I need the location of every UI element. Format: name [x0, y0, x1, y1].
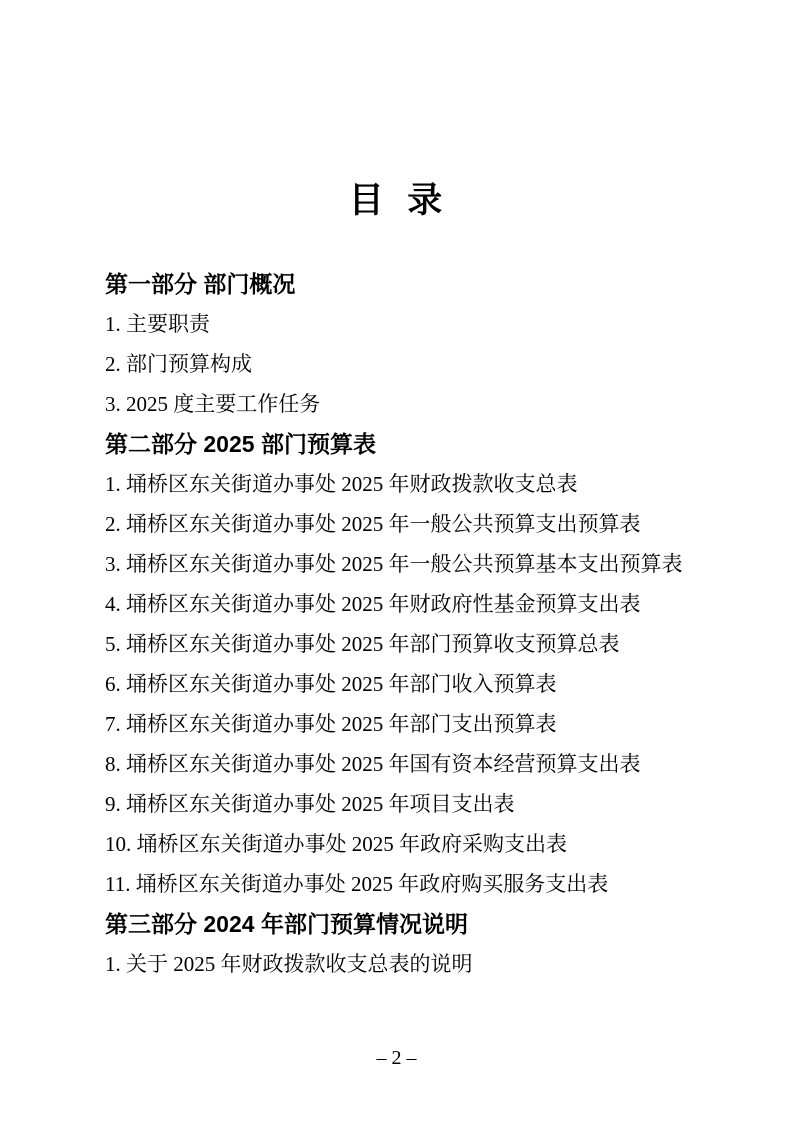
page-number: – 2 –: [0, 1046, 793, 1070]
toc-entry: 3. 埇桥区东关街道办事处 2025 年一般公共预算基本支出预算表: [105, 544, 703, 584]
toc-entry: 1. 埇桥区东关街道办事处 2025 年财政拨款收支总表: [105, 464, 703, 504]
toc-page: 目 录 第一部分 部门概况 1. 主要职责 2. 部门预算构成 3. 2025 …: [0, 0, 793, 1122]
toc-section-heading-part3: 第三部分 2024 年部门预算情况说明: [105, 904, 703, 944]
toc-entry: 4. 埇桥区东关街道办事处 2025 年财政府性基金预算支出表: [105, 584, 703, 624]
toc-entry: 5. 埇桥区东关街道办事处 2025 年部门预算收支预算总表: [105, 624, 703, 664]
toc-entry: 2. 部门预算构成: [105, 344, 703, 384]
toc-entry: 9. 埇桥区东关街道办事处 2025 年项目支出表: [105, 784, 703, 824]
toc-entry: 3. 2025 度主要工作任务: [105, 384, 703, 424]
toc-entry: 1. 主要职责: [105, 304, 703, 344]
toc-entry: 6. 埇桥区东关街道办事处 2025 年部门收入预算表: [105, 664, 703, 704]
table-of-contents: 第一部分 部门概况 1. 主要职责 2. 部门预算构成 3. 2025 度主要工…: [0, 264, 793, 984]
toc-entry: 8. 埇桥区东关街道办事处 2025 年国有资本经营预算支出表: [105, 744, 703, 784]
toc-entry: 10. 埇桥区东关街道办事处 2025 年政府采购支出表: [105, 824, 703, 864]
toc-section-heading-part2: 第二部分 2025 部门预算表: [105, 424, 703, 464]
toc-entry: 2. 埇桥区东关街道办事处 2025 年一般公共预算支出预算表: [105, 504, 703, 544]
toc-entry: 11. 埇桥区东关街道办事处 2025 年政府购买服务支出表: [105, 864, 703, 904]
page-title: 目 录: [0, 180, 793, 222]
toc-entry: 1. 关于 2025 年财政拨款收支总表的说明: [105, 944, 703, 984]
toc-entry: 7. 埇桥区东关街道办事处 2025 年部门支出预算表: [105, 704, 703, 744]
toc-section-heading-part1: 第一部分 部门概况: [105, 264, 703, 304]
